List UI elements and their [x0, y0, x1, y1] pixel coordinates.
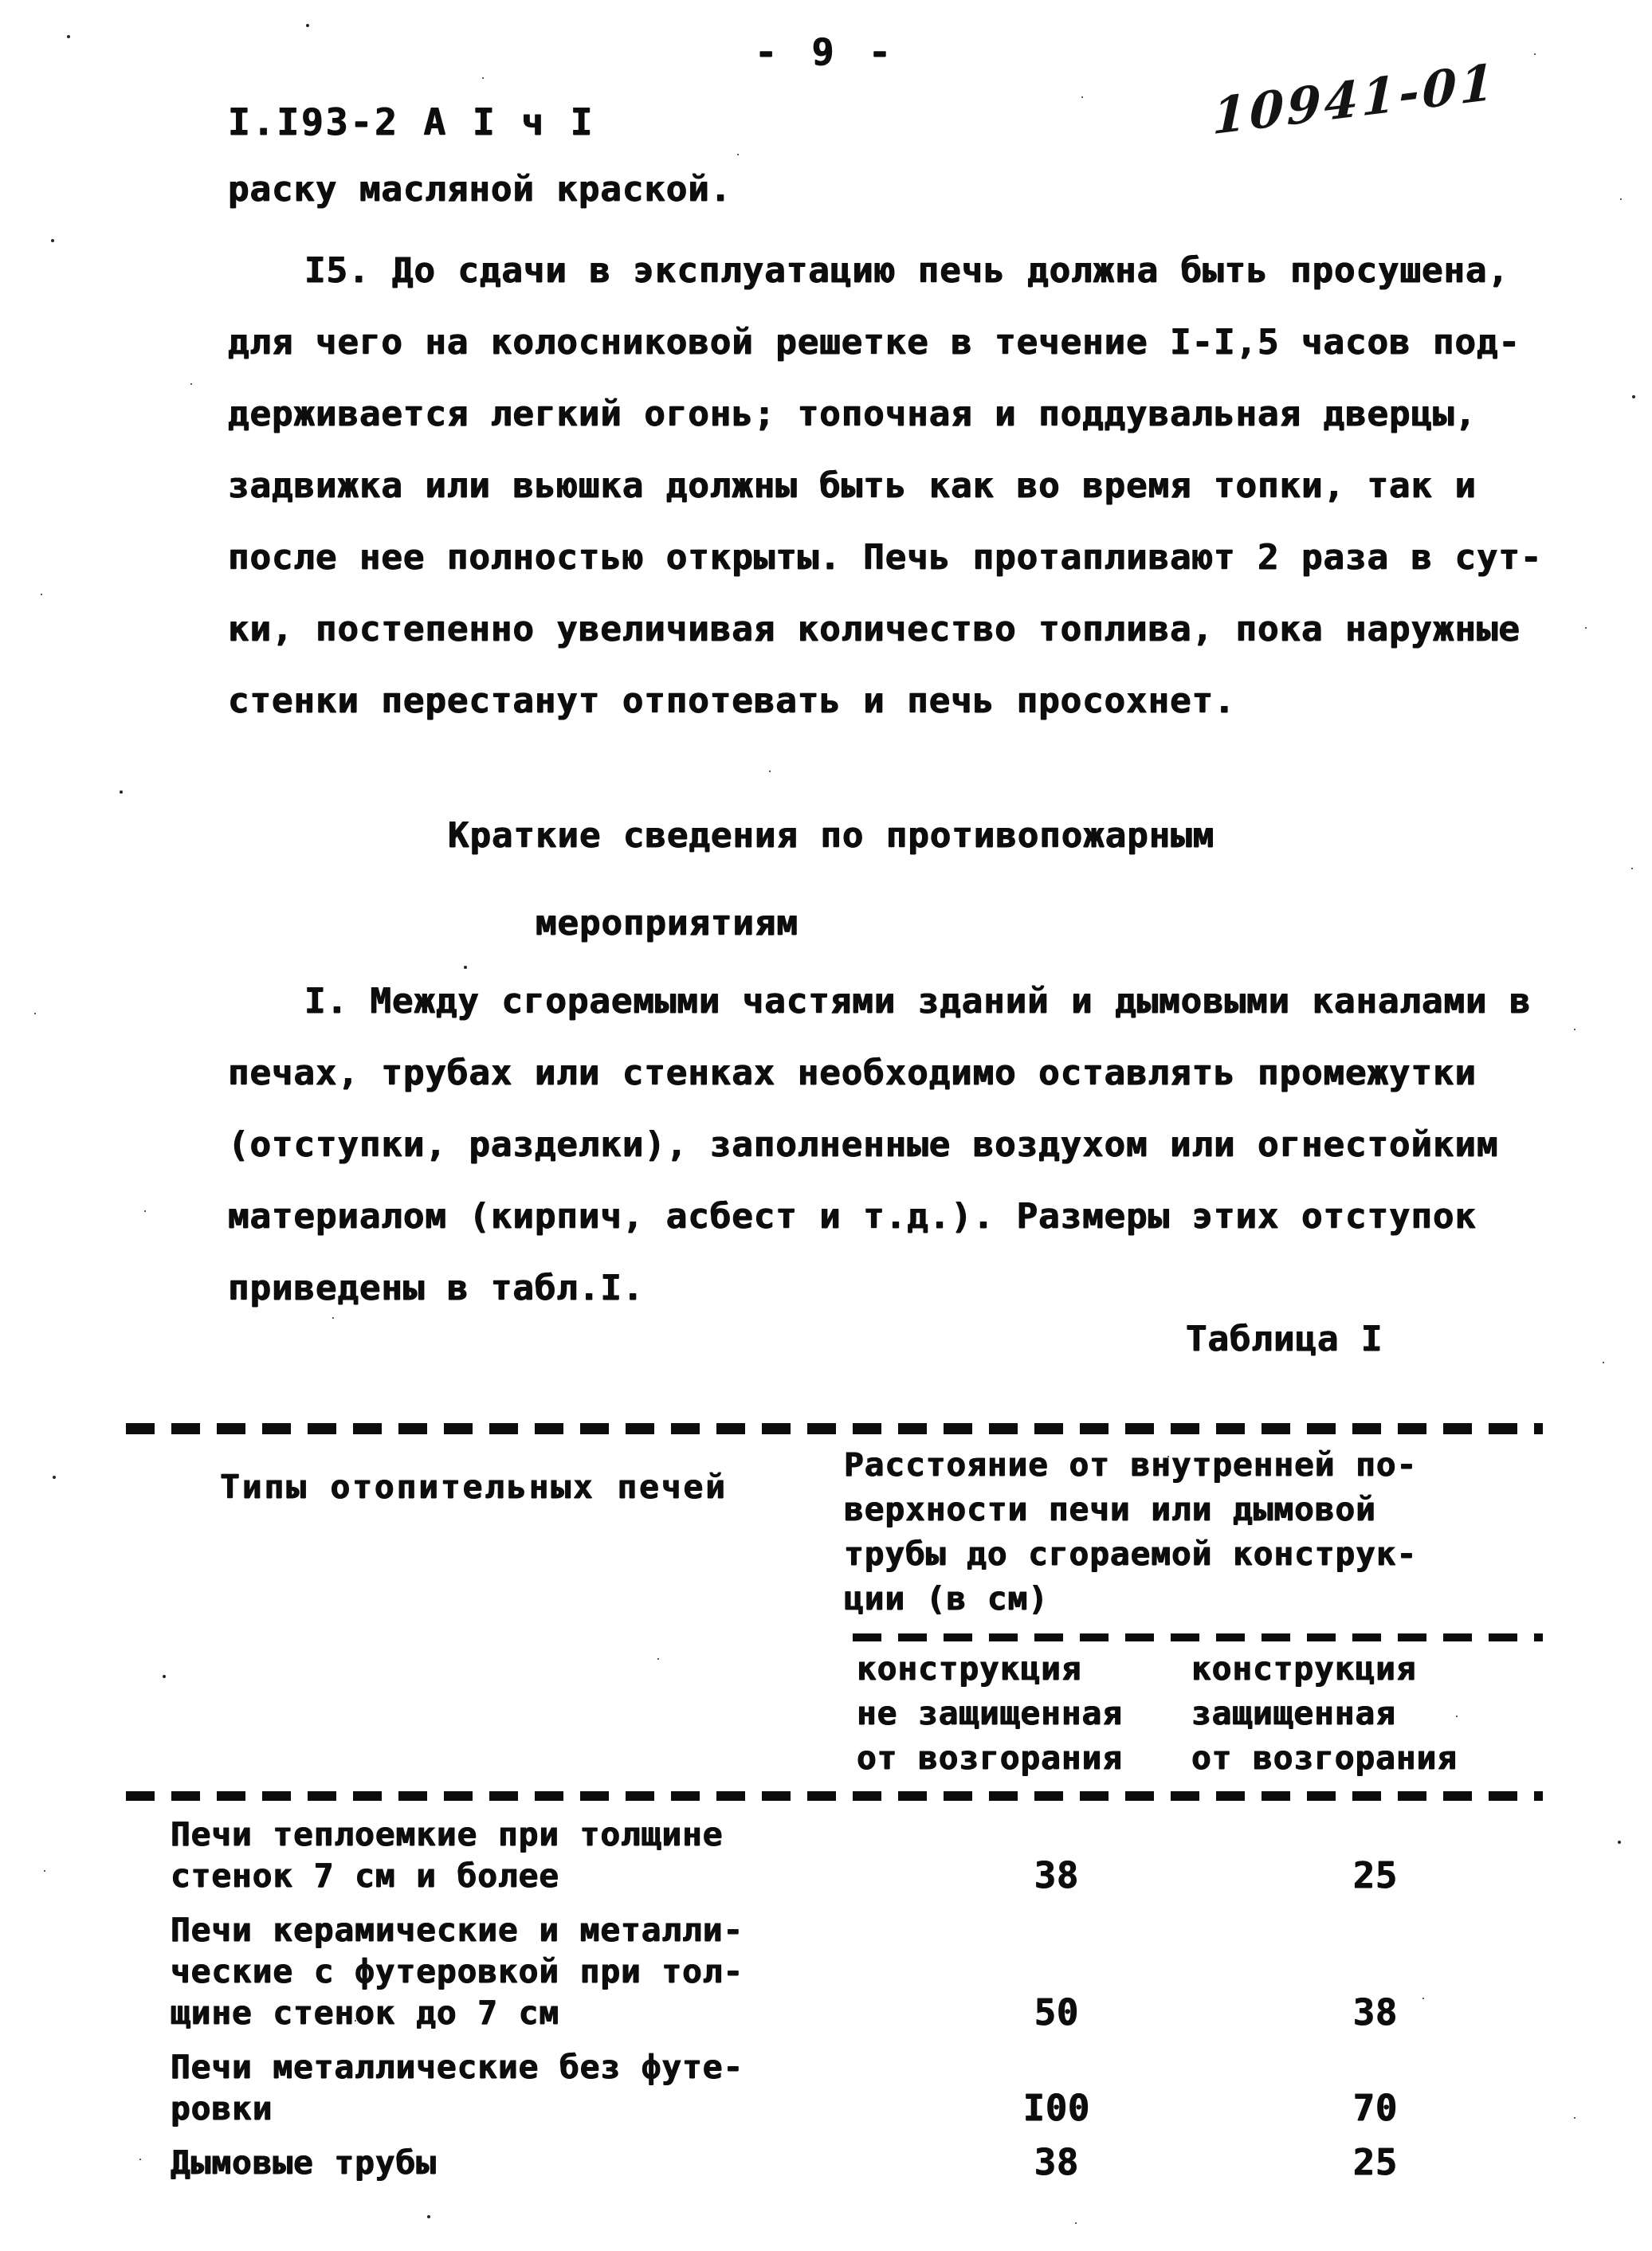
row-name-line: ровки — [171, 2088, 840, 2129]
paragraph-15-line: задвижка или вьюшка должны быть как во в… — [228, 450, 1542, 522]
table-body: Печи теплоемкие при толщине стенок 7 см … — [126, 1814, 1543, 2183]
row-name: Печи теплоемкие при толщине стенок 7 см … — [126, 1814, 840, 1896]
subheader-line: не защищенная — [857, 1691, 1191, 1735]
paragraph-15-line: держивается легкий огонь; топочная и под… — [228, 378, 1542, 450]
value-protected: 25 — [1232, 2142, 1519, 2183]
fire-safety-table: Типы отопительных печей Расстояние от вн… — [126, 1423, 1543, 2183]
subheader-line: конструкция — [1191, 1646, 1542, 1691]
subheader-line: конструкция — [857, 1646, 1191, 1691]
table-header-row: Типы отопительных печей Расстояние от вн… — [126, 1434, 1543, 1621]
doc-code-label: I.I93-2 А I ч I — [228, 100, 594, 143]
subheader-protected: конструкция защищенная от возгорания — [1191, 1646, 1542, 1780]
section-heading-line: Краткие сведения по противопожарным — [448, 815, 1214, 856]
row-name-line: щине стенок до 7 см — [171, 1992, 840, 2033]
intro-continuation-line: раску масляной краской. — [228, 169, 732, 210]
value-unprotected: I00 — [913, 2088, 1200, 2129]
table-col2-header-line: верхности печи или дымовой — [844, 1487, 1543, 1531]
dashed-divider-subheader — [853, 1633, 1543, 1641]
value-unprotected: 38 — [913, 2142, 1200, 2183]
subheader-unprotected: конструкция не защищенная от возгорания — [857, 1646, 1191, 1780]
subheader-line: защищенная — [1191, 1691, 1542, 1735]
table-col1-header: Типы отопительных печей — [126, 1434, 822, 1621]
value-protected: 70 — [1232, 2088, 1519, 2129]
value-protected: 25 — [1232, 1855, 1519, 1896]
dashed-divider-middle — [126, 1791, 1543, 1801]
paragraph-1-line: материалом (кирпич, асбест и т.д.). Разм… — [228, 1181, 1531, 1253]
row-name-line: Печи керамические и металли- — [171, 1909, 840, 1951]
section-heading-line: мероприятиям — [536, 903, 799, 943]
row-name: Печи металлические без футе- ровки — [126, 2046, 840, 2129]
table-caption: Таблица I — [1186, 1319, 1383, 1359]
table-row: Дымовые трубы 38 25 — [126, 2142, 1543, 2183]
row-name-line: стенок 7 см и более — [171, 1855, 840, 1896]
table-row: Печи металлические без футе- ровки I00 7… — [126, 2046, 1543, 2129]
paragraph-1-line: печах, трубах или стенках необходимо ост… — [228, 1037, 1531, 1109]
value-unprotected: 38 — [913, 1855, 1200, 1896]
row-name-line: Печи металлические без футе- — [171, 2046, 840, 2088]
value-unprotected: 50 — [913, 1992, 1200, 2033]
paragraph-1: I. Между сгораемыми частями зданий и дым… — [228, 966, 1531, 1324]
paragraph-15-line: I5. До сдачи в эксплуатацию печь должна … — [228, 235, 1542, 307]
table-subheader-row: конструкция не защищенная от возгорания … — [126, 1646, 1543, 1780]
value-protected: 38 — [1232, 1992, 1519, 2033]
paragraph-15-line: стенки перестанут отпотевать и печь прос… — [228, 665, 1542, 737]
paragraph-1-line: приведены в табл.I. — [228, 1253, 1531, 1324]
table-col2-header-line: ции (в см) — [844, 1576, 1543, 1621]
paragraph-1-line: I. Между сгораемыми частями зданий и дым… — [228, 966, 1531, 1037]
table-col2-header-line: трубы до сгораемой конструк- — [844, 1531, 1543, 1576]
paragraph-15-line: для чего на колосниковой решетке в течен… — [228, 307, 1542, 378]
subheader-line: от возгорания — [857, 1735, 1191, 1780]
row-name: Дымовые трубы — [126, 2142, 840, 2183]
paragraph-1-line: (отступки, разделки), заполненные воздух… — [228, 1109, 1531, 1181]
paragraph-15-line: ки, постепенно увеличивая количество топ… — [228, 594, 1542, 665]
paragraph-15: I5. До сдачи в эксплуатацию печь должна … — [228, 235, 1542, 737]
subheader-line: от возгорания — [1191, 1735, 1542, 1780]
table-col2-header-line: Расстояние от внутренней по- — [844, 1442, 1543, 1487]
row-name-line: ческие с футеровкой при тол- — [171, 1951, 840, 1992]
row-name-line: Дымовые трубы — [171, 2142, 840, 2183]
dashed-divider-top — [126, 1423, 1543, 1434]
table-row: Печи теплоемкие при толщине стенок 7 см … — [126, 1814, 1543, 1896]
table-col2-header: Расстояние от внутренней по- верхности п… — [822, 1434, 1543, 1621]
row-name: Печи керамические и металли- ческие с фу… — [126, 1909, 840, 2033]
scanned-document-page: - 9 - I.I93-2 А I ч I 10941-01 раску мас… — [0, 0, 1652, 2251]
paragraph-15-line: после нее полностью открыты. Печь протап… — [228, 522, 1542, 594]
table-row: Печи керамические и металли- ческие с фу… — [126, 1909, 1543, 2033]
row-name-line: Печи теплоемкие при толщине — [171, 1814, 840, 1855]
